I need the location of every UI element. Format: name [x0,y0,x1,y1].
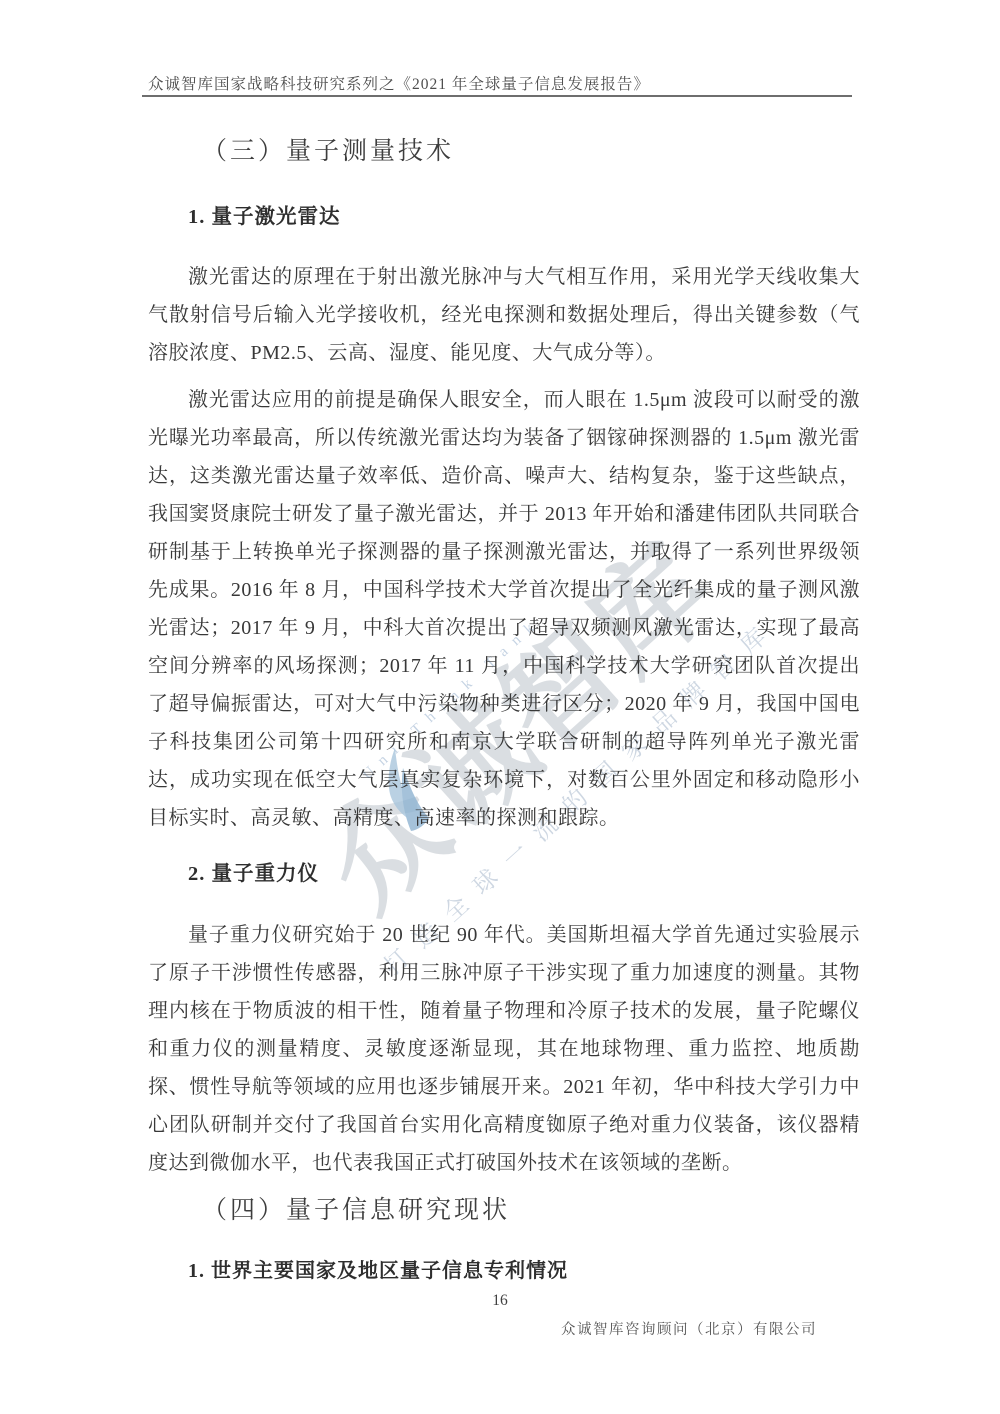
page-number: 16 [0,1292,1000,1310]
section-heading-quantum-research-status: （四）量子信息研究现状 [202,1190,510,1226]
paragraph-gravimeter: 量子重力仪研究始于 20 世纪 90 年代。美国斯坦福大学首先通过实验展示了原子… [148,916,860,1182]
subsection-heading-quantum-gravimeter: 2. 量子重力仪 [188,856,319,886]
paragraph-lidar-development: 激光雷达应用的前提是确保人眼安全，而人眼在 1.5μm 波段可以耐受的激光曝光功… [148,381,860,837]
report-header-title: 众诚智库国家战略科技研究系列之《2021 年全球量子信息发展报告》 [148,72,650,94]
footer-company-name: 众诚智库咨询顾问（北京）有限公司 [561,1318,817,1339]
section-heading-quantum-measurement: （三）量子测量技术 [202,131,454,167]
header-divider [142,95,852,97]
document-page: Uni Think Tank 众诚智库 打造全球一流的国家品牌智库 众诚智库国家… [0,0,1000,1414]
subsection-heading-patent-situation: 1. 世界主要国家及地区量子信息专利情况 [188,1254,568,1283]
subsection-heading-quantum-lidar: 1. 量子激光雷达 [188,199,341,229]
paragraph-lidar-principle: 激光雷达的原理在于射出激光脉冲与大气相互作用，采用光学天线收集大气散射信号后输入… [148,258,860,372]
